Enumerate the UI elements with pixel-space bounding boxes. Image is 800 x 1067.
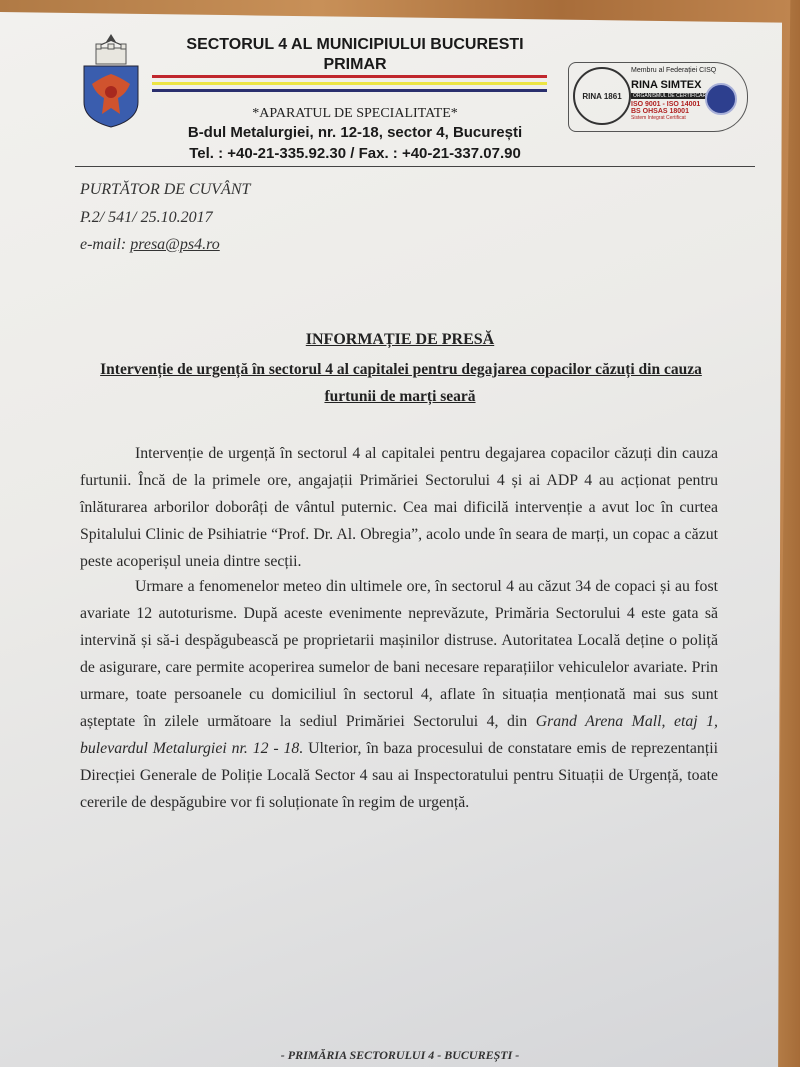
- reference-number: P.2/ 541/ 25.10.2017: [80, 209, 213, 227]
- contact-line: Tel. : +40-21-335.92.30 / Fax. : +40-21-…: [150, 145, 560, 162]
- department: *APARATUL DE SPECIALITATE*: [150, 106, 560, 122]
- iso-standards: ISO 9001 - ISO 14001 BS OHSAS 18001 Sist…: [631, 101, 700, 122]
- subject-line-2: furtunii de marți seară: [100, 388, 700, 406]
- email-line: e-mail: presa@ps4.ro: [80, 236, 220, 254]
- address: B-dul Metalurgiei, nr. 12-18, sector 4, …: [150, 124, 560, 141]
- org-name: SECTORUL 4 AL MUNICIPIULUI BUCURESTI: [150, 36, 560, 54]
- flag-stripe-yellow: [152, 82, 547, 85]
- coat-of-arms-icon: [82, 32, 140, 128]
- paragraph-1: Intervenție de urgență în sectorul 4 al …: [80, 440, 718, 575]
- subject-line-1: Intervenție de urgență în sectorul 4 al …: [90, 361, 712, 379]
- page-footer: - PRIMĂRIA SECTORULUI 4 - BUCUREȘTI -: [255, 1048, 545, 1063]
- certification-badge: RINA 1861 Membru al Federației CISQ RINA…: [568, 62, 748, 132]
- sender: PURTĂTOR DE CUVÂNT: [80, 181, 250, 199]
- org-role: PRIMAR: [150, 56, 560, 74]
- document-type: INFORMAȚIE DE PRESĂ: [100, 331, 700, 349]
- cisq-member-text: Membru al Federației CISQ: [631, 67, 716, 74]
- flag-stripe-blue: [152, 89, 547, 92]
- certifier-brand: RINA SIMTEX: [631, 79, 702, 91]
- rina-seal-icon: RINA 1861: [573, 67, 631, 125]
- email-link[interactable]: presa@ps4.ro: [130, 236, 220, 253]
- certifier-label: ORGANISMUL DE CERTIFICARE: [631, 93, 711, 99]
- header-divider: [75, 166, 755, 167]
- flag-stripe-red: [152, 75, 547, 78]
- paragraph-2: Urmare a fenomenelor meteo din ultimele …: [80, 573, 718, 816]
- iqnet-logo-icon: [705, 83, 737, 115]
